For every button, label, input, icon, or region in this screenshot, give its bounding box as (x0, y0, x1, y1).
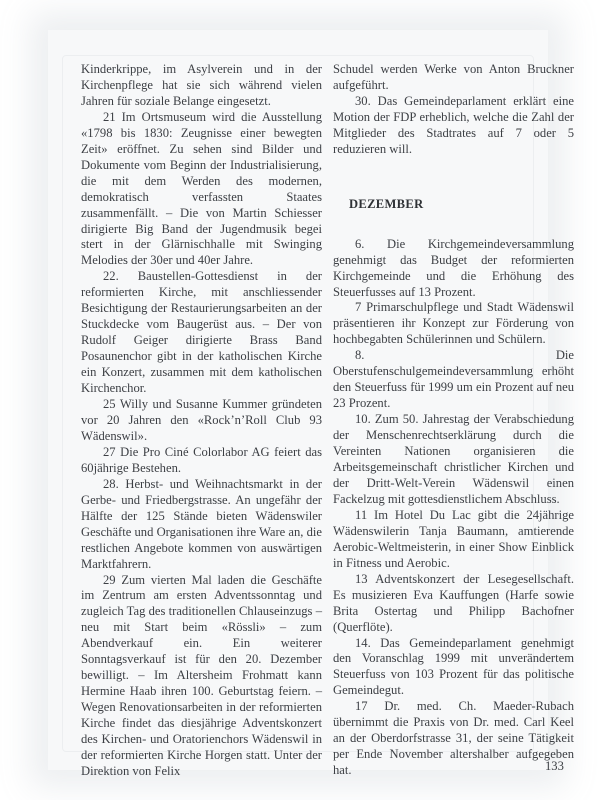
page-number: 133 (545, 759, 564, 774)
paragraph: 11 Im Hotel Du Lac gibt die 24jährige Wä… (333, 508, 574, 572)
section-heading: DEZEMBER (349, 197, 574, 213)
paragraph: 6. Die Kirchgemeindeversammlung genehmig… (333, 237, 574, 301)
paragraph: 8. Die Oberstufenschulgemeindeversammlun… (333, 348, 574, 412)
paragraph: 30. Das Gemeindeparlament erklärt eine M… (333, 94, 574, 158)
paragraph: Schudel werden Werke von Anton Bruckner … (333, 62, 574, 94)
paragraph: 25 Willy und Susanne Kummer gründeten vo… (81, 397, 322, 445)
right-column: Schudel werden Werke von Anton Bruckner … (333, 62, 574, 779)
paragraph: 17 Dr. med. Ch. Maeder-Rubach übernimmt … (333, 699, 574, 779)
paragraph: Kinderkrippe, im Asylverein und in der K… (81, 62, 322, 110)
paragraph: 29 Zum vierten Mal laden die Geschäfte i… (81, 573, 322, 780)
paragraph: 10. Zum 50. Jahrestag der Verabschiedung… (333, 412, 574, 508)
paragraph: 14. Das Gemeindeparlament genehmigt den … (333, 636, 574, 700)
paragraph: 27 Die Pro Ciné Colorlabor AG feiert das… (81, 445, 322, 477)
paragraph: 28. Herbst- und Weihnachtsmarkt in der G… (81, 477, 322, 573)
paragraph: 7 Primarschulpflege und Stadt Wädenswil … (333, 300, 574, 348)
paragraph: 13 Adventskonzert der Lesegesellschaft. … (333, 572, 574, 636)
paragraph: 21 Im Ortsmuseum wird die Ausstellung «1… (81, 110, 322, 270)
paragraph: 22. Baustellen-Gottesdienst in der refor… (81, 269, 322, 397)
left-column: Kinderkrippe, im Asylverein und in der K… (81, 62, 322, 780)
